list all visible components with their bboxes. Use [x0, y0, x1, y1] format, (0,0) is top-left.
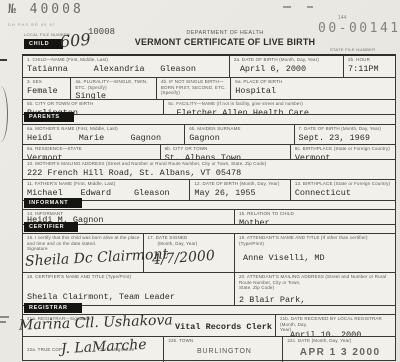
field-mother-name: 6a. MOTHER'S NAME (First, Middle, Last) … — [23, 125, 185, 144]
field-mother-birthplace: 8c. BIRTHPLACE (State or Foreign Country… — [291, 145, 395, 159]
field-mother-dob-value: Sept. 23, 1969 — [299, 133, 393, 143]
field-child-name: 1. CHILD—NAME (First, Middle, Last) Tati… — [23, 56, 230, 77]
field-residence-city-label: 8b. CITY OR TOWN — [165, 146, 288, 152]
field-father-dob-value: May 26, 1955 — [194, 188, 287, 198]
field-relation-value: Mother — [239, 218, 393, 224]
field-facility: 5c. FACILITY—NAME (If not in facility, g… — [164, 100, 395, 114]
field-father-name-label: 11. FATHER'S NAME (First, Middle, Last) — [27, 181, 187, 187]
mother-first-name: Heidi — [27, 133, 79, 143]
field-certifier-name-value: Sheila Clairmont, Team Leader — [27, 292, 232, 302]
field-certifier-name: 18. CERTIFIER'S NAME AND TITLE (Type/Pri… — [23, 273, 235, 305]
field-date-of-birth: 2a. DATE OF BIRTH (Month, Day, Year) Apr… — [230, 56, 344, 77]
field-date-signed-sublabel: (Month, Day, Year) — [158, 241, 233, 247]
field-date-attested-label: 22c. DATE (Month, Day, Year) — [287, 338, 393, 344]
scan-artifact-dash — [0, 59, 7, 61]
field-maiden-surname-label: 6b. MAIDEN SURNAME — [189, 126, 291, 132]
field-plurality-value: Single — [75, 91, 154, 99]
field-date-signed: 17. DATE SIGNED (Month, Day, Year) 4/7/2… — [144, 234, 236, 272]
field-father-birthplace: 13. BIRTHPLACE (State or Foreign Country… — [291, 180, 395, 200]
birth-certificate-scan: № 40008 DH PHS BR 99 97 10008 DEPARTMENT… — [0, 0, 400, 362]
section-chip-registrar: REGISTRAR — [24, 303, 82, 313]
form-code-text: DH PHS BR 99 97 — [8, 22, 56, 27]
field-birth-order: 4b. IF NOT SINGLE BIRTH—BORN FIRST, SECO… — [157, 78, 231, 99]
field-mother-birthplace-label: 8c. BIRTHPLACE (State or Foreign Country… — [295, 146, 393, 152]
field-father-name: 11. FATHER'S NAME (First, Middle, Last) … — [23, 180, 190, 200]
certificate-grid: 1. CHILD—NAME (First, Middle, Last) Tati… — [22, 54, 396, 361]
field-sex-label: 3. SEX — [27, 79, 68, 85]
scan-artifact-mark — [0, 316, 9, 318]
registrar-title: Vital Records Clerk — [175, 322, 272, 332]
local-file-number-handwritten: 609 — [59, 30, 91, 52]
typed-serial-number: 10008 — [88, 27, 115, 37]
scan-artifact-mark — [0, 321, 6, 323]
child-last-name: Gleason — [160, 64, 227, 74]
scan-artifact-dot — [283, 6, 291, 8]
section-informant: INFORMANT — [23, 201, 395, 209]
field-attendant-address-label2: State, Zip Code) — [239, 285, 393, 291]
field-relation: 15. RELATION TO CHILD Mother — [235, 210, 395, 224]
field-residence-city: 8b. CITY OR TOWN St. Albans Town — [161, 145, 291, 159]
field-hour-label: 2b. HOUR — [348, 57, 393, 63]
field-father-birthplace-label: 13. BIRTHPLACE (State or Foreign Country… — [295, 181, 393, 187]
field-sex-value: Female — [27, 86, 68, 96]
field-place-of-birth-value: Hospital — [235, 86, 393, 96]
father-last-name: Gleason — [134, 188, 187, 198]
father-first-name: Michael — [27, 188, 80, 198]
date-attested-stamp: APR 1 3 2000 — [287, 347, 393, 358]
field-sex: 3. SEX Female — [23, 78, 71, 99]
department-name: DEPARTMENT OF HEALTH — [120, 30, 330, 36]
field-child-name-value: Tatianna Alexandria Gleason — [27, 64, 227, 74]
field-town: 22b. TOWN BURLINGTON — [164, 337, 283, 362]
field-certification: 16. I certify that this child was born a… — [23, 234, 144, 272]
field-plurality-label: 4a. PLURALITY—SINGLE, TWIN, ETC. (Specif… — [75, 79, 154, 90]
section-chip-informant: INFORMANT — [24, 198, 82, 208]
field-attendant-label: 19. ATTENDANT'S NAME AND TITLE (If other… — [239, 235, 393, 246]
field-relation-label: 15. RELATION TO CHILD — [239, 211, 393, 217]
field-date-attested: 22c. DATE (Month, Day, Year) APR 1 3 200… — [283, 337, 395, 362]
attendant-address-line1: 2 Blair Park, — [239, 295, 393, 305]
field-mother-mailing-address: 10. MOTHER'S MAILING ADDRESS (Street and… — [23, 160, 395, 179]
scan-artifact-curve — [0, 86, 8, 142]
field-city-of-birth-label: 5b. CITY OR TOWN OF BIRTH — [27, 101, 161, 107]
field-certification-label: 16. I certify that this child was born a… — [27, 235, 141, 246]
section-chip-parents: PARENTS — [24, 112, 74, 122]
field-true-copy: 22a. TRUE COPY Clerk—Signature ATTEST J.… — [23, 337, 164, 362]
field-facility-label: 5c. FACILITY—NAME (If not in facility, g… — [168, 101, 393, 107]
section-certifier: CERTIFIER — [23, 225, 395, 233]
field-residence-state-value: Vermont — [27, 153, 158, 159]
field-hour-value: 7:11PM — [348, 64, 393, 74]
field-plurality: 4a. PLURALITY—SINGLE, TWIN, ETC. (Specif… — [71, 78, 157, 99]
field-mother-mailing-address-label: 10. MOTHER'S MAILING ADDRESS (Street and… — [27, 161, 393, 167]
field-date-of-birth-label: 2a. DATE OF BIRTH (Month, Day, Year) — [234, 57, 341, 63]
field-mother-dob-label: 7. DATE OF BIRTH (Month, Day, Year) — [299, 126, 393, 132]
field-mother-name-label: 6a. MOTHER'S NAME (First, Middle, Last) — [27, 126, 182, 132]
field-hour: 2b. HOUR 7:11PM — [344, 56, 395, 77]
field-facility-value: Fletcher Allen Health Care — [176, 108, 393, 114]
field-attendant-value: Anne Viselli, MD — [243, 253, 393, 263]
section-parents: PARENTS — [23, 115, 395, 124]
field-date-received-label: 21b. DATE RECEIVED BY LOCAL REGISTRAR (M… — [280, 316, 393, 327]
child-first-name: Tatianna — [27, 64, 94, 74]
clerk-signature: J. LaMarche — [61, 337, 147, 357]
field-father-birthplace-value: Connecticut — [295, 188, 393, 198]
mother-last-name: Gagnon — [130, 133, 182, 143]
field-maiden-surname: 6b. MAIDEN SURNAME Gagnon — [185, 125, 294, 144]
field-date-received: 21b. DATE RECEIVED BY LOCAL REGISTRAR (M… — [276, 315, 395, 336]
field-true-copy-label: 22a. TRUE COPY — [27, 347, 65, 353]
state-file-number-label: STATE FILE NUMBER — [330, 47, 375, 52]
field-residence-state: 8a. RESIDENCE—STATE Vermont — [23, 145, 161, 159]
section-chip-child: CHILD — [24, 39, 63, 49]
date-signed-handwritten: 4/7/2000 — [151, 248, 215, 268]
state-file-number-stamp: 00-001412 — [318, 21, 400, 36]
field-mother-mailing-address-value: 222 French Hill Road, St. Albans, VT 054… — [27, 168, 393, 178]
field-place-of-birth: 5a. PLACE OF BIRTH Hospital — [231, 78, 395, 99]
section-registrar: REGISTRAR — [23, 306, 395, 314]
field-place-of-birth-label: 5a. PLACE OF BIRTH — [235, 79, 393, 85]
field-certifier-name-label: 18. CERTIFIER'S NAME AND TITLE (Type/Pri… — [27, 274, 232, 280]
field-residence-state-label: 8a. RESIDENCE—STATE — [27, 146, 158, 152]
field-mother-name-value: Heidi Marie Gagnon — [27, 133, 182, 143]
field-child-name-label: 1. CHILD—NAME (First, Middle, Last) — [27, 57, 227, 63]
field-date-of-birth-value: April 6, 2000 — [240, 64, 341, 74]
field-town-label: 22b. TOWN — [168, 338, 280, 344]
field-residence-city-value: St. Albans Town — [165, 153, 288, 159]
scan-artifact-dot — [307, 6, 313, 8]
child-middle-name: Alexandria — [94, 64, 161, 74]
section-chip-certifier: CERTIFIER — [24, 222, 78, 232]
field-registrar-signature: 21a. REGISTRAR—Signature Marina Cll. Ush… — [23, 315, 276, 336]
field-mother-birthplace-value: Vermont — [295, 153, 393, 159]
certificate-title: VERMONT CERTIFICATE OF LIVE BIRTH — [105, 37, 345, 47]
field-attendant-address: 20. ATTENDANT'S MAILING ADDRESS (Street … — [235, 273, 395, 305]
field-father-dob: 12. DATE OF BIRTH (Month, Day, Year) May… — [190, 180, 290, 200]
father-middle-name: Edward — [80, 188, 133, 198]
field-maiden-surname-value: Gagnon — [189, 133, 291, 143]
field-father-dob-label: 12. DATE OF BIRTH (Month, Day, Year) — [194, 181, 287, 187]
field-birth-order-label: 4b. IF NOT SINGLE BIRTH—BORN FIRST, SECO… — [161, 79, 228, 96]
mother-middle-name: Marie — [79, 133, 131, 143]
stamped-serial-number: № 40008 — [8, 2, 84, 17]
field-town-value: BURLINGTON — [168, 348, 280, 355]
field-date-received-value: April 10, 2000 — [290, 330, 393, 336]
field-attendant-address-label: 20. ATTENDANT'S MAILING ADDRESS (Street … — [239, 274, 393, 285]
field-attendant: 19. ATTENDANT'S NAME AND TITLE (If other… — [235, 234, 395, 272]
field-father-name-value: Michael Edward Gleason — [27, 188, 187, 198]
field-mother-dob: 7. DATE OF BIRTH (Month, Day, Year) Sept… — [295, 125, 395, 144]
